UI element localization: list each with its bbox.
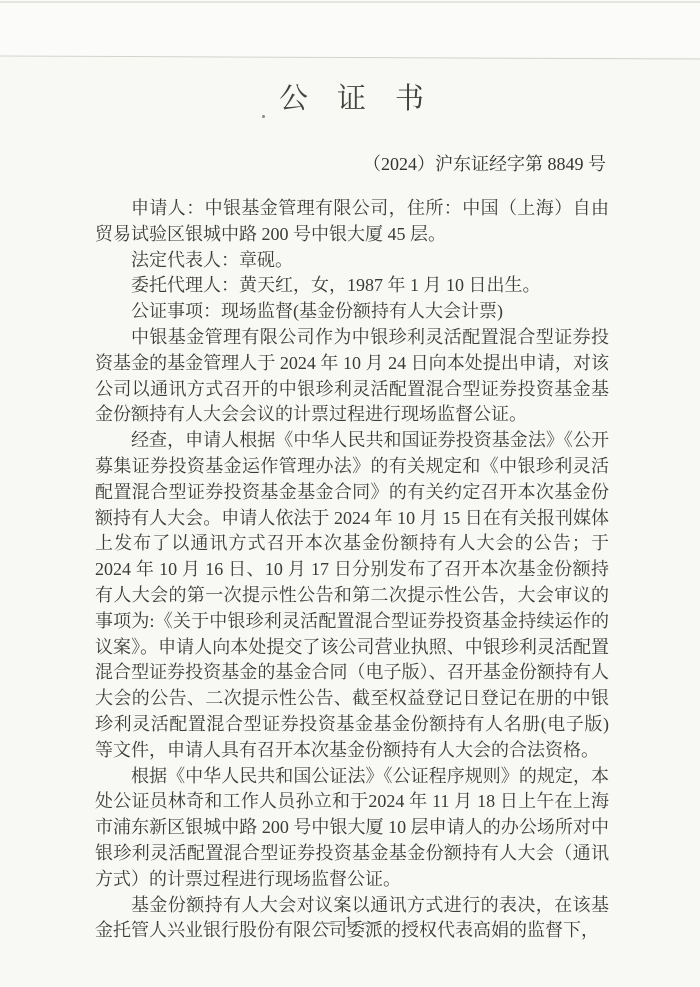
scan-top-edge-artifact xyxy=(0,1,700,3)
paragraph-legal-rep: 法定代表人：章砚。 xyxy=(95,248,609,274)
document-title: 公 证 书 xyxy=(95,76,608,117)
document-number: （2024）沪东证经字第 8849 号 xyxy=(95,150,606,176)
paragraph-notary-matter: 公证事项：现场监督(基金份额持有人大会计票) xyxy=(95,299,609,325)
paragraph-supervision: 根据《中华人民共和国公证法》《公证程序规则》的规定，本处公证员林奇和工作人员孙立… xyxy=(95,764,609,893)
paragraph-verification: 经查，申请人根据《中华人民共和国证券投资基金法》《公开募集证券投资基金运作管理办… xyxy=(95,428,609,763)
paragraph-application: 中银基金管理有限公司作为中银珍利灵活配置混合型证券投资基金的基金管理人于 202… xyxy=(95,325,609,428)
scan-backing-strip xyxy=(0,0,700,57)
page-number: — 1 — xyxy=(0,914,700,932)
paragraph-applicant: 申请人：中银基金管理有限公司，住所：中国（上海）自由贸易试验区银城中路 200 … xyxy=(95,196,609,248)
notary-certificate-page: 公 证 书 （2024）沪东证经字第 8849 号 申请人：中银基金管理有限公司… xyxy=(0,0,700,987)
paragraph-agent: 委托代理人：黄天红，女，1987 年 1 月 10 日出生。 xyxy=(95,273,609,299)
document-body: 申请人：中银基金管理有限公司，住所：中国（上海）自由贸易试验区银城中路 200 … xyxy=(95,196,609,944)
